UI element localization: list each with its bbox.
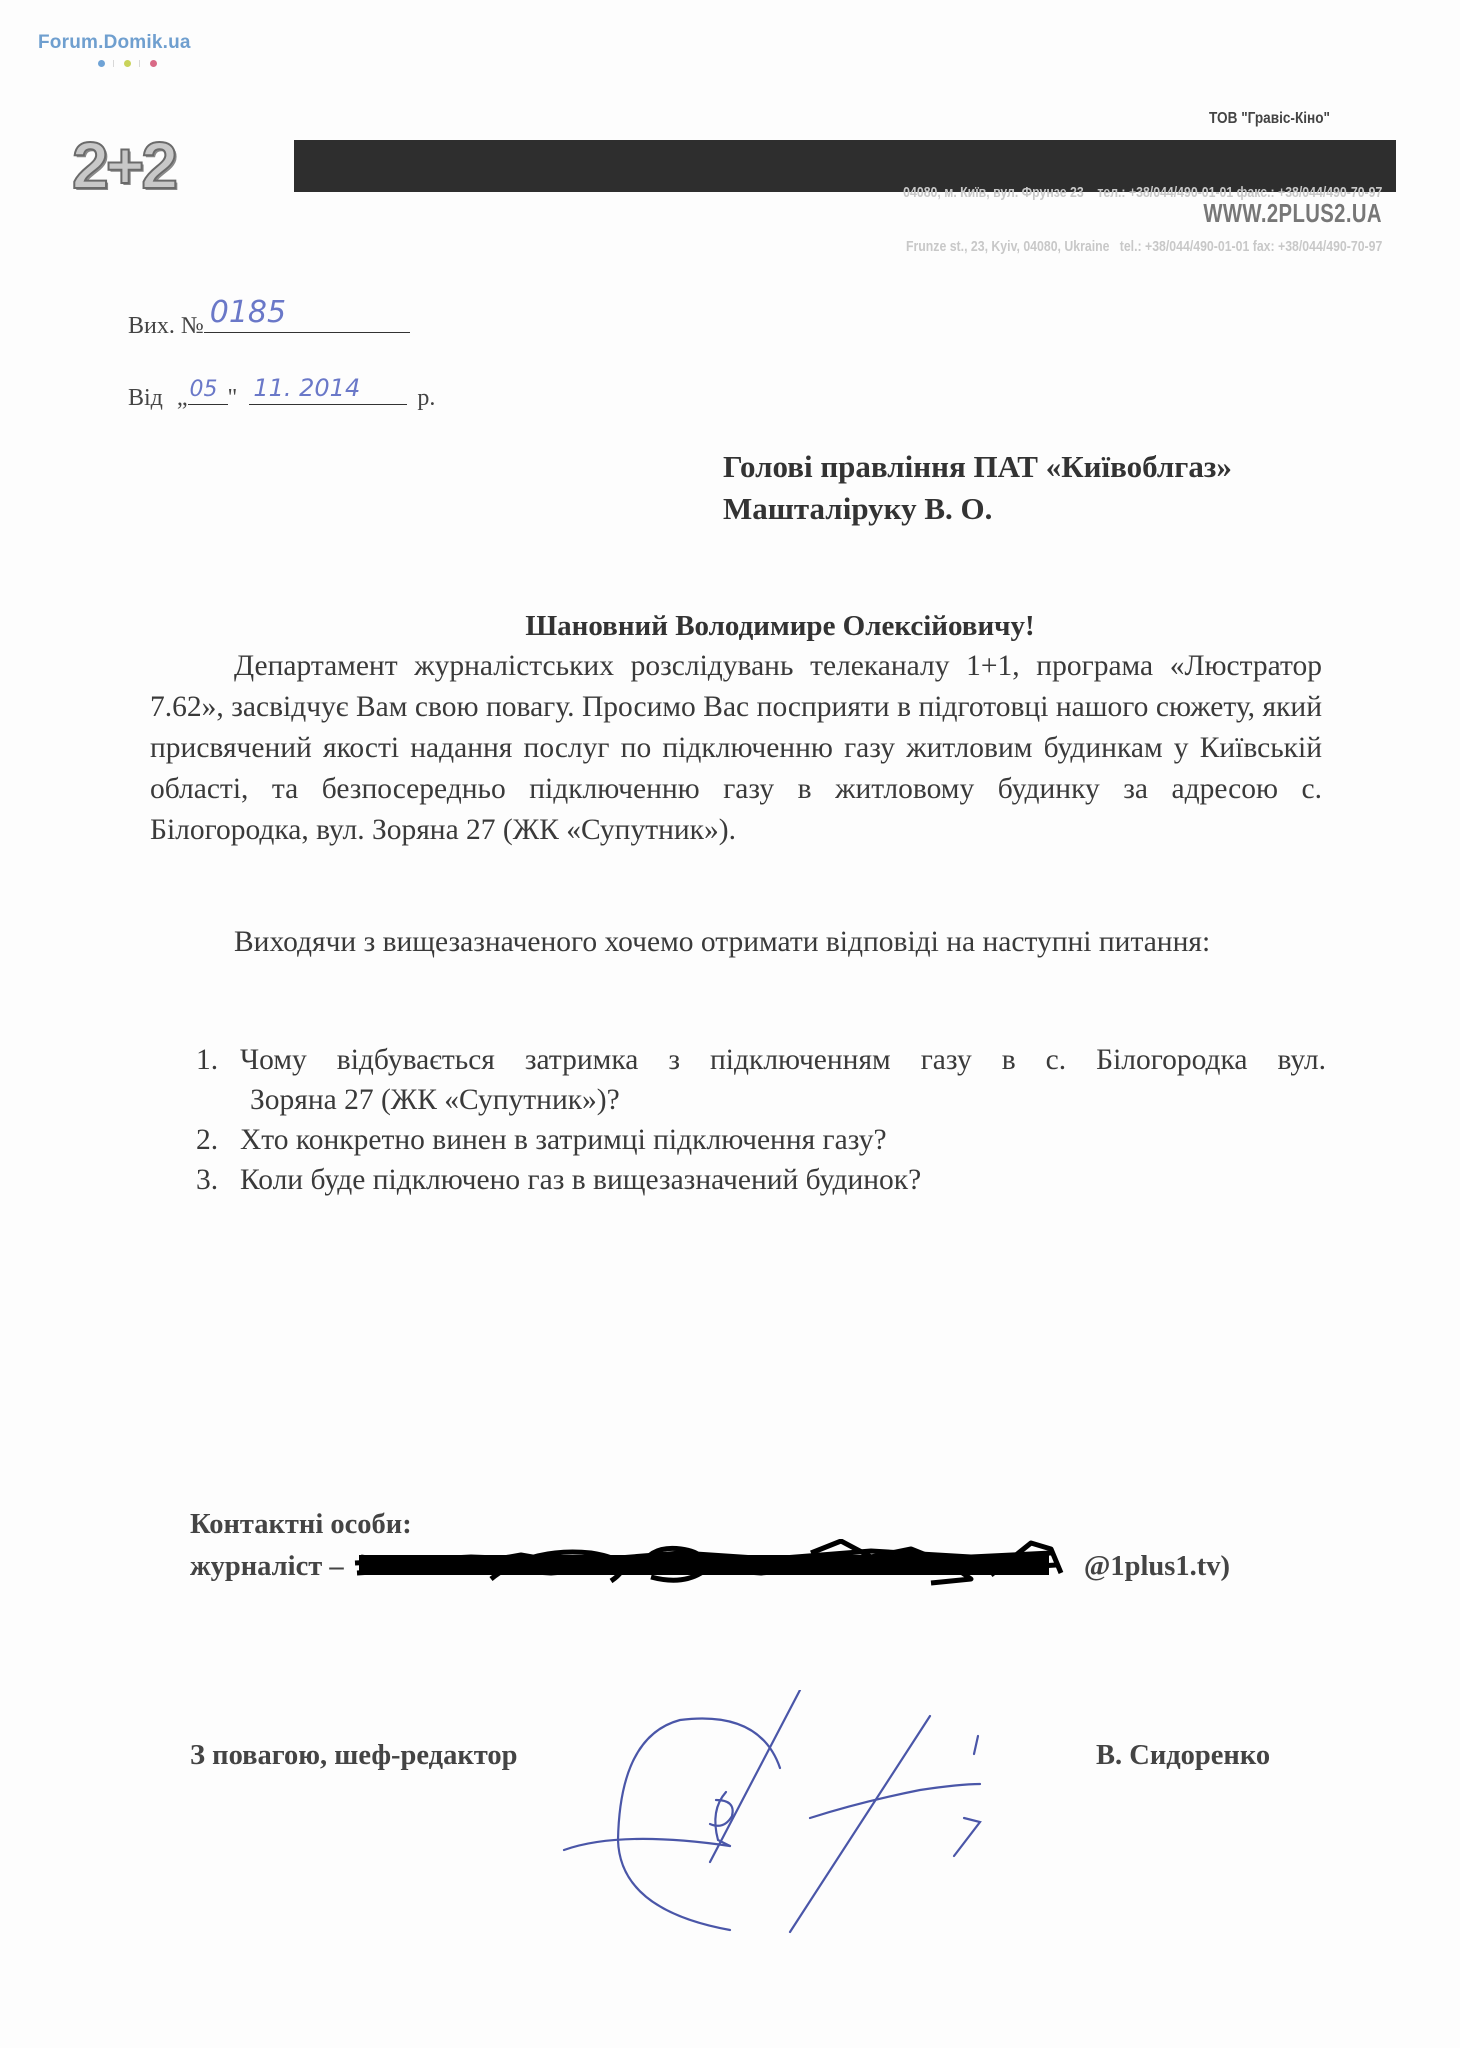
watermark-dot-blue [98,60,105,67]
addressee-line-1: Голові правління ПАТ «Київоблгаз» [723,446,1232,488]
question-number: 1. [196,1040,218,1080]
signer-name: В. Сидоренко [1096,1740,1270,1772]
outgoing-number-row: Вих. №0185 [128,306,410,340]
greeting: Шановний Володимире Олексійовичу! [0,610,1460,643]
body-paragraph-2: Виходячи з вищезазначеного хочемо отрима… [150,922,1322,963]
redaction-scribble-icon [351,1539,1077,1589]
date-row: Від „05" 11. 2014 р. [128,378,435,412]
questions-list: 1. Чому відбувається затримка з підключе… [196,1040,1326,1200]
date-day-handwritten: 05 [190,377,218,402]
question-1-line-2: Зоряна 27 (ЖК «Супутник»)? [240,1080,1326,1120]
watermark-forum-domik: Forum.Domik.ua [38,32,191,54]
date-month-year-field: 11. 2014 [249,378,407,405]
closing-phrase: З повагою, шеф-редактор [190,1740,518,1772]
date-day-field: 05 [188,378,228,405]
question-text: Коли буде підключено газ в вищезазначени… [240,1164,921,1196]
channel-logo-2plus2: 2+2 [72,134,232,196]
question-item-1: 1. Чому відбувається затримка з підключе… [196,1040,1326,1120]
addressee-block: Голові правління ПАТ «Київоблгаз» Маштал… [723,446,1232,530]
watermark-dot-yellow [124,60,131,67]
company-name: ТОВ "Гравіс-Кіно" [1143,110,1330,128]
outgoing-number-field: 0185 [204,306,410,333]
watermark-dots [98,60,168,70]
watermark-dot-pink [150,60,157,67]
contacts-block: Контактні особи: журналіст – @1plus1.tv) [190,1504,1230,1588]
question-item-3: 3. Коли буде підключено газ в вищезазнач… [196,1160,1326,1200]
address-english: Frunze st., 23, Kyiv, 04080, Ukraine tel… [903,238,1382,256]
date-label: Від [128,385,163,411]
date-suffix: р. [417,385,435,411]
contacts-journalist-row: журналіст – @1plus1.tv) [190,1546,1230,1588]
body-paragraph-1: Департамент журналістських розслідувань … [150,646,1322,851]
watermark-separator [139,60,140,67]
redacted-contact-details [351,1549,1077,1587]
question-item-2: 2. Хто конкретно винен в затримці підклю… [196,1120,1326,1160]
watermark-separator [113,60,114,67]
contact-role: журналіст – [190,1551,344,1582]
question-text: Хто конкретно винен в затримці підключен… [240,1124,887,1156]
outgoing-number-handwritten: 0185 [210,295,286,330]
body-paragraph-1-text: Департамент журналістських розслідувань … [150,650,1322,846]
website-link: WWW.2PLUS2.UA [1203,198,1382,229]
question-1-line-1: Чому відбувається затримка з підключення… [240,1040,1326,1080]
contact-email-suffix: @1plus1.tv) [1084,1551,1230,1582]
question-number: 2. [196,1120,218,1160]
handwritten-signature-icon [560,1690,1080,1950]
addressee-line-2: Машталіруку В. О. [723,488,1232,530]
outgoing-label: Вих. № [128,313,204,339]
date-month-year-handwritten: 11. 2014 [253,374,360,402]
body-paragraph-2-text: Виходячи з вищезазначеного хочемо отрима… [234,926,1210,958]
question-number: 3. [196,1160,218,1200]
